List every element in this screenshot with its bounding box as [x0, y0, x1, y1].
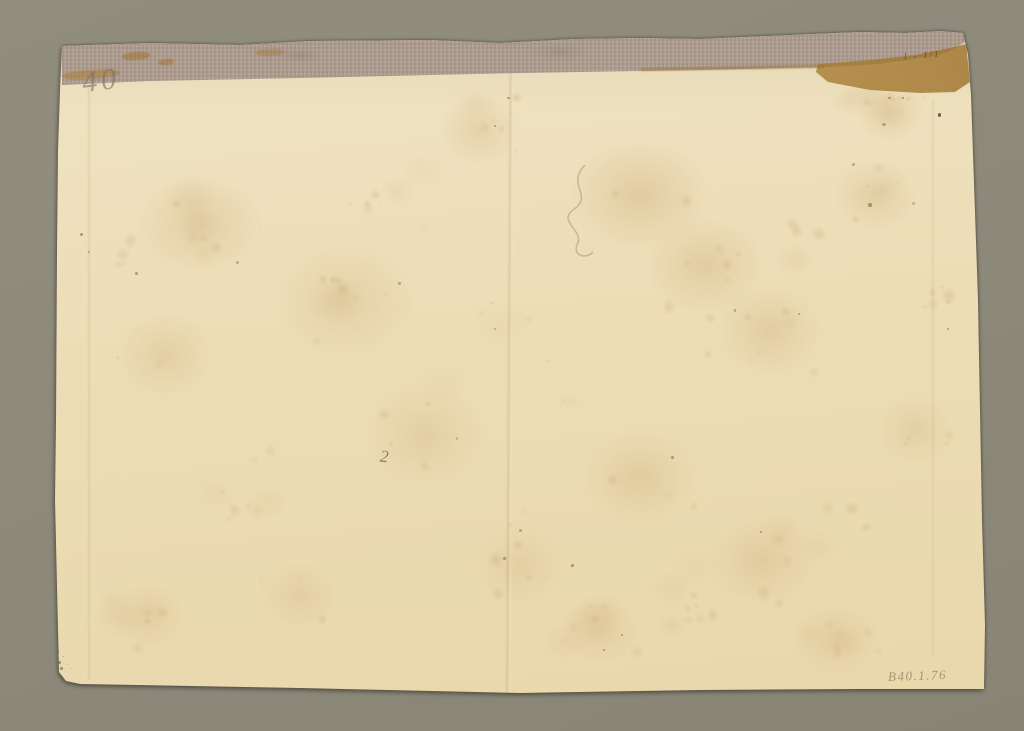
backing-strip: [0, 0, 1024, 731]
inscription-bottom-right: B40.1.76: [888, 667, 947, 685]
pencil-squiggle-mark: 2: [379, 447, 390, 468]
left-crease-line: [87, 85, 91, 680]
dark-fleck: [938, 113, 941, 117]
center-fold-line: [504, 70, 515, 695]
glue-stain-band: [0, 0, 1024, 731]
corner-pencil-smudge: [56, 650, 59, 653]
right-crease-line: [931, 100, 935, 655]
show-through-scribble: [555, 160, 625, 270]
paper-shadow: 40 B40.1.76 1 - 1/1 2: [0, 0, 1024, 731]
paper-sheet: 40 B40.1.76 1 - 1/1 2: [0, 0, 1024, 731]
photo-stage: 40 B40.1.76 1 - 1/1 2: [0, 0, 1024, 731]
